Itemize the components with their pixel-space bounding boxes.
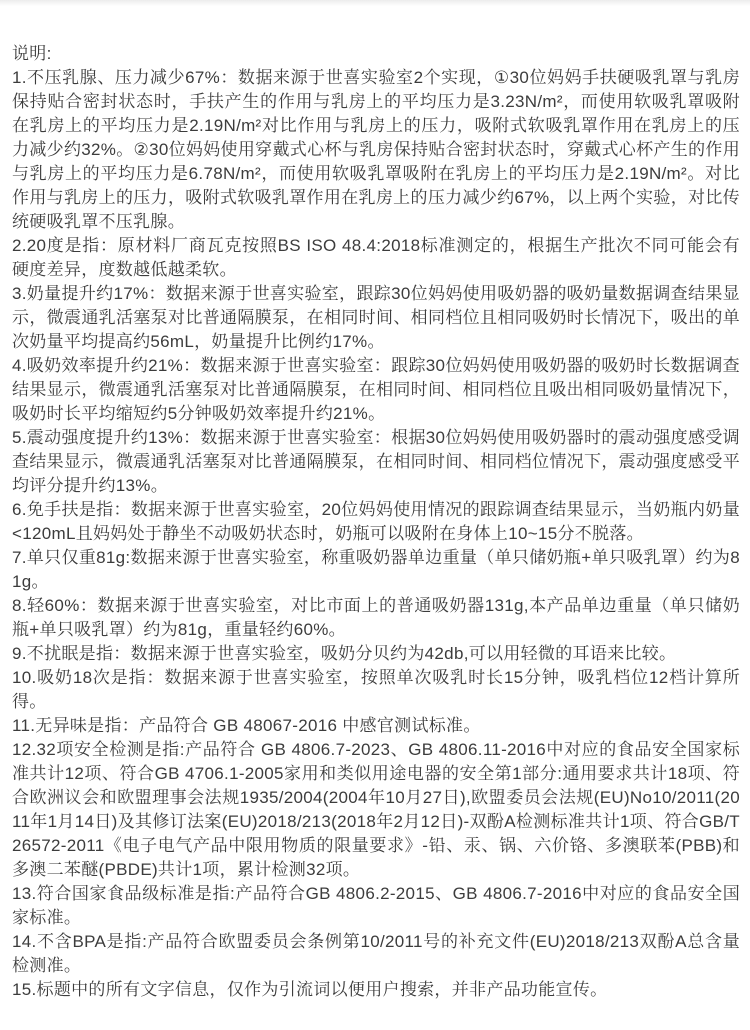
disclaimer-item-5: 5.震动强度提升约13%：数据来源于世喜实验室：根据30位妈妈使用吸奶器时的震动…: [12, 426, 740, 498]
disclaimer-item-2: 2.20度是指：原材料厂商瓦克按照BS ISO 48.4:2018标准测定的，根…: [12, 234, 740, 282]
disclaimer-item-12: 12.32项安全检测是指:产品符合 GB 4806.7-2023、GB 4806…: [12, 738, 740, 882]
disclaimer-item-6: 6.免手扶是指：数据来源于世喜实验室，20位妈妈使用情况的跟踪调查结果显示，当奶…: [12, 498, 740, 546]
disclaimer-item-3: 3.奶量提升约17%：数据来源于世喜实验室，跟踪30位妈妈使用吸奶器的吸奶量数据…: [12, 282, 740, 354]
disclaimer-item-4: 4.吸奶效率提升约21%：数据来源于世喜实验室：跟踪30位妈妈使用吸奶器的吸奶时…: [12, 354, 740, 426]
disclaimer-content: 说明: 1.不压乳腺、压力减少67%：数据来源于世喜实验室2个实现，①30位妈妈…: [0, 6, 750, 1030]
disclaimer-item-1: 1.不压乳腺、压力减少67%：数据来源于世喜实验室2个实现，①30位妈妈手扶硬吸…: [12, 66, 740, 234]
disclaimer-item-10: 10.吸奶18次是指：数据来源于世喜实验室，按照单次吸乳时长15分钟，吸乳档位1…: [12, 666, 740, 714]
product-disclaimer-page: 说明: 1.不压乳腺、压力减少67%：数据来源于世喜实验室2个实现，①30位妈妈…: [0, 0, 750, 1030]
disclaimer-item-14: 14.不含BPA是指:产品符合欧盟委员会条例第10/2011号的补充文件(EU)…: [12, 930, 740, 978]
section-heading: 说明:: [12, 42, 740, 66]
disclaimer-item-15: 15.标题中的所有文字信息，仅作为引流词以便用户搜索，并非产品功能宣传。: [12, 978, 740, 1002]
disclaimer-item-7: 7.单只仅重81g:数据来源于世喜实验室，称重吸奶器单边重量（单只储奶瓶+单只吸…: [12, 546, 740, 594]
disclaimer-item-8: 8.轻60%：数据来源于世喜实验室，对比市面上的普通吸奶器131g,本产品单边重…: [12, 594, 740, 642]
disclaimer-item-11: 11.无异味是指：产品符合 GB 48067-2016 中感官测试标准。: [12, 714, 740, 738]
disclaimer-item-13: 13.符合国家食品级标准是指:产品符合GB 4806.2-2015、GB 480…: [12, 882, 740, 930]
disclaimer-item-9: 9.不扰眠是指：数据来源于世喜实验室，吸奶分贝约为42db,可以用轻微的耳语来比…: [12, 642, 740, 666]
